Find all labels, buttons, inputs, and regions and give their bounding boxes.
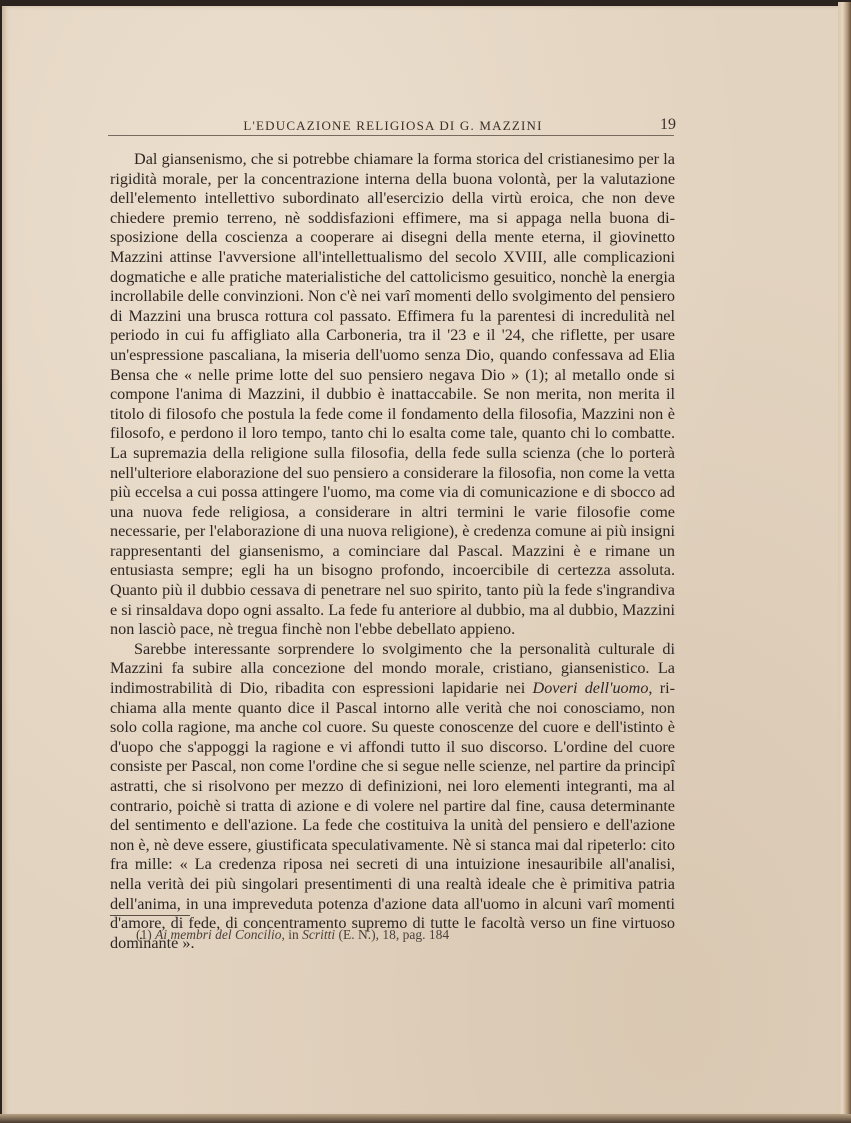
footnote-title: Ai membri del Concilio [155, 927, 281, 942]
page-header: L'EDUCAZIONE RELIGIOSA DI G. MAZZINI 19 [110, 118, 676, 140]
page-number: 19 [660, 116, 676, 134]
page-edge-right [838, 2, 851, 1123]
paragraph-2: Sarebbe interessante sorprendere lo svol… [110, 640, 675, 954]
paragraph-2-text-b: , ri­chiama alla mente quanto dice il Pa… [110, 679, 675, 952]
page-edge-bottom [0, 1114, 851, 1123]
footnote: (1) Ai membri del Concilio, in Scritti (… [136, 927, 676, 943]
running-head: L'EDUCAZIONE RELIGIOSA DI G. MAZZINI [110, 118, 676, 134]
footnote-rest: (E. N.), 18, pag. 184 [335, 927, 449, 942]
paragraph-1-text: Dal giansenismo, che si potrebbe chiamar… [110, 150, 675, 638]
footnote-rule [110, 915, 190, 916]
paragraph-1: Dal giansenismo, che si potrebbe chiamar… [110, 150, 675, 640]
footnote-mid: , in [281, 927, 302, 942]
footnote-marker: (1) [136, 927, 152, 942]
book-title-doveri: Doveri dell'uomo [533, 679, 649, 697]
footnote-source: Scritti [302, 927, 335, 942]
body-text: Dal giansenismo, che si potrebbe chiamar… [110, 150, 675, 953]
header-rule [108, 135, 674, 136]
